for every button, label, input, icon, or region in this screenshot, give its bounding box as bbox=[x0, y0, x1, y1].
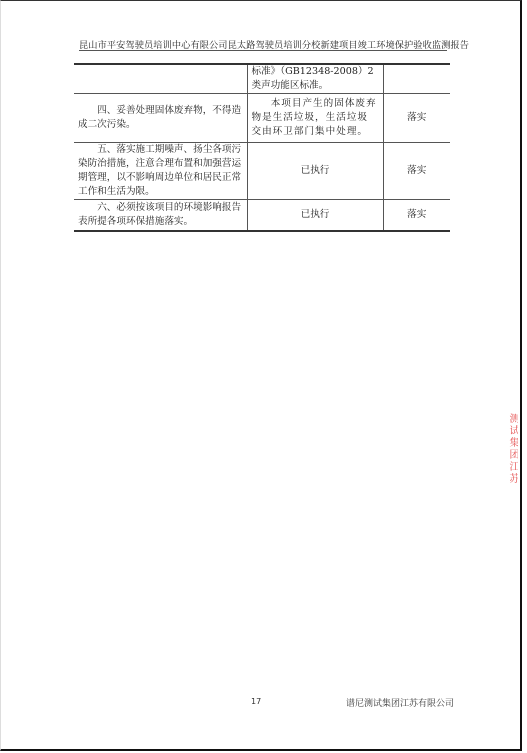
table-row: 六、必须按该项目的环境影响报告表所提各项环保措施落实。 已执行 落实 bbox=[74, 200, 450, 232]
implementation-cell: 标准》（GB12348-2008）2 类声功能区标准。 bbox=[247, 64, 383, 94]
table-row: 标准》（GB12348-2008）2 类声功能区标准。 bbox=[74, 64, 450, 94]
company-seal-stamp: 测试集团江苏 bbox=[506, 413, 518, 521]
status-cell bbox=[383, 64, 450, 94]
status-cell: 落实 bbox=[383, 143, 450, 200]
page-number: 17 bbox=[251, 697, 261, 706]
implementation-cell: 本项目产生的固体废弃物是生活垃圾，生活垃圾交由环卫部门集中处理。 bbox=[247, 94, 383, 143]
implementation-cell: 已执行 bbox=[247, 143, 383, 200]
table-row: 四、妥善处理固体废弃物，不得造成二次污染。 本项目产生的固体废弃物是生活垃圾，生… bbox=[74, 94, 450, 143]
compliance-table: 标准》（GB12348-2008）2 类声功能区标准。 四、妥善处理固体废弃物，… bbox=[74, 63, 450, 232]
requirement-cell: 五、落实施工期噪声、扬尘各项污染防治措施，注意合理布置和加强营运期管理，以不影响… bbox=[74, 143, 247, 200]
footer-company-name: 谱尼测试集团江苏有限公司 bbox=[346, 696, 454, 709]
document-page: 昆山市平安驾驶员培训中心有限公司昆太路驾驶员培训分校新建项目竣工环境保护验收监测… bbox=[0, 0, 522, 751]
requirement-cell: 六、必须按该项目的环境影响报告表所提各项环保措施落实。 bbox=[74, 200, 247, 232]
status-cell: 落实 bbox=[383, 200, 450, 232]
header-divider bbox=[79, 50, 447, 51]
requirement-cell: 四、妥善处理固体废弃物，不得造成二次污染。 bbox=[74, 94, 247, 143]
table-row: 五、落实施工期噪声、扬尘各项污染防治措施，注意合理布置和加强营运期管理，以不影响… bbox=[74, 143, 450, 200]
status-cell: 落实 bbox=[383, 94, 450, 143]
report-header-title: 昆山市平安驾驶员培训中心有限公司昆太路驾驶员培训分校新建项目竣工环境保护验收监测… bbox=[79, 37, 451, 51]
requirement-cell bbox=[74, 64, 247, 94]
implementation-cell: 已执行 bbox=[247, 200, 383, 232]
